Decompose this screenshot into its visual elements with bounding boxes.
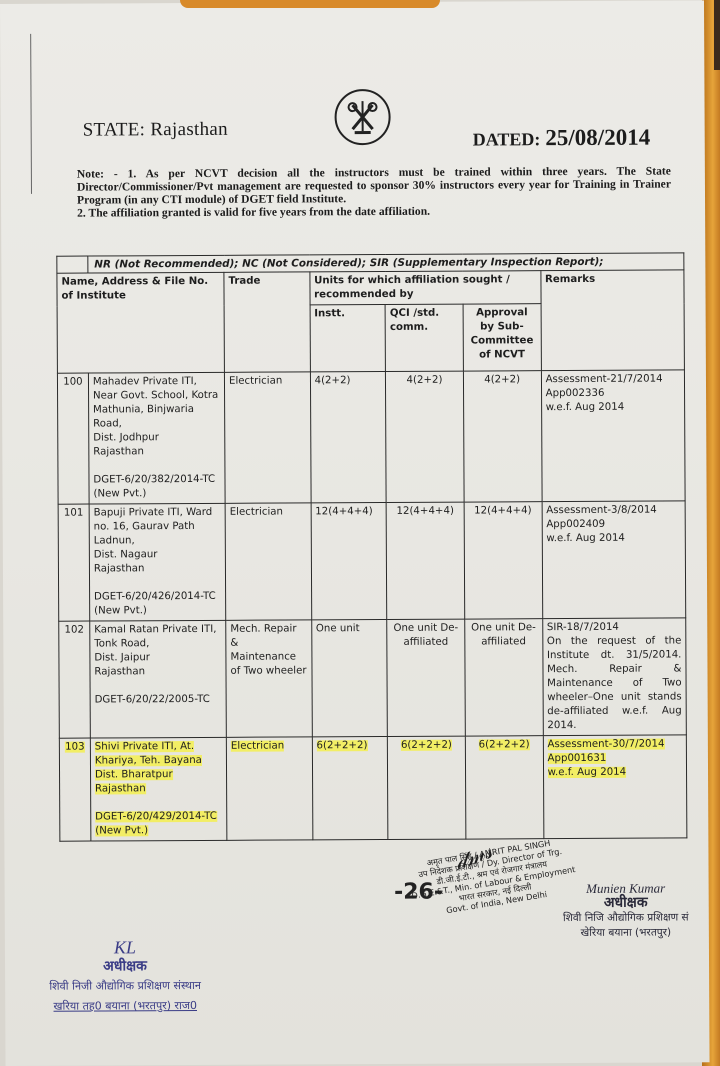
serial-number: 102 <box>59 621 91 738</box>
instt-cell: 6(2+2+2) <box>312 736 388 839</box>
note-1: Note: - 1. As per NCVT decision all the … <box>77 164 671 206</box>
file-number: DGET-6/20/429/2014-TC <box>95 811 217 823</box>
file-number: DGET-6/20/22/2005-TC <box>95 694 210 706</box>
dated-value: 25/08/2014 <box>545 125 650 151</box>
officer-signature-block: अमृत पाल सिंह / AMRIT PAL SINGHउप निदेशक… <box>402 846 713 948</box>
state-value: Rajasthan <box>150 119 228 140</box>
address-line: Mahadev Private ITI, <box>93 376 197 388</box>
remarks-cell: Assessment-3/8/2014App002409w.e.f. Aug 2… <box>542 501 686 619</box>
approval-cell: 6(2+2+2) <box>465 736 543 839</box>
trade-cell: Electrician <box>225 503 311 620</box>
address-line: Rajasthan <box>95 783 146 794</box>
serial-number: 103 <box>59 738 90 841</box>
left-title: अधीक्षक <box>5 956 245 977</box>
address-line: Dist. Jaipur <box>94 652 150 663</box>
remarks-cell: Assessment-30/7/2014App001631w.e.f. Aug … <box>543 735 687 839</box>
affiliation-table: NR (Not Recommended); NC (Not Considered… <box>56 252 687 841</box>
remark-line: App001631 <box>548 753 607 764</box>
note-2: 2. The affiliation granted is valid for … <box>77 203 671 219</box>
page-number: -26- <box>394 887 443 897</box>
address-line: Dist. Jodhpur <box>93 432 159 443</box>
address-line: no. 16, Gaurav Path <box>94 521 195 533</box>
remark-line: w.e.f. Aug 2014 <box>546 533 625 544</box>
trade-cell: Electrician <box>226 737 312 840</box>
institute-cell: Shivi Private ITI, At.Khariya, Teh. Baya… <box>90 737 227 841</box>
document-page: STATE: Rajasthan DATED: 25/08/2014 Note:… <box>0 0 710 1066</box>
superintendent-stamp-left: KL अधीक्षक शिवी निजी औद्योगिक प्रशिक्षण … <box>5 938 245 1017</box>
institute-type: (New Pvt.) <box>93 488 146 499</box>
address-line: Dist. Bharatpur <box>95 769 173 780</box>
approval-cell: 12(4+4+4) <box>464 502 542 619</box>
trade-cell: Electrician <box>224 372 310 503</box>
instt-cell: One unit <box>311 619 387 736</box>
table-row: 100 Mahadev Private ITI,Near Govt. Schoo… <box>57 370 685 504</box>
superintendent-stamp-right: Munien Kumar अधीक्षक शिवी निजि औद्योगिक … <box>521 880 720 941</box>
file-number: DGET-6/20/426/2014-TC <box>94 591 216 603</box>
qci-cell: 12(4+4+4) <box>386 502 464 619</box>
remark-line: Assessment-21/7/2014 <box>546 374 663 386</box>
table-body: 100 Mahadev Private ITI,Near Govt. Schoo… <box>57 370 686 841</box>
institute-cell: Bapuji Private ITI, Wardno. 16, Gaurav P… <box>89 503 226 621</box>
left-signature: KL <box>5 938 245 957</box>
address-line: Bapuji Private ITI, Ward <box>94 507 213 519</box>
address-line: Road, <box>93 418 122 429</box>
table-row: 103 Shivi Private ITI, At.Khariya, Teh. … <box>59 735 687 841</box>
state-label: STATE: <box>83 119 146 140</box>
address-line: Rajasthan <box>94 666 145 677</box>
qci-cell: 4(2+2) <box>386 371 464 502</box>
background-shadow <box>714 0 720 70</box>
approval-cell: One unit De-affiliated <box>465 619 543 736</box>
remark-line: On the request of the Institute dt. 31/5… <box>547 635 682 731</box>
header-trade: Trade <box>224 272 310 372</box>
right-org-line1: शिवी निजि औद्योगिक प्रशिक्षण सं <box>521 910 720 926</box>
address-line: Mathunia, Binjwaria <box>93 404 194 416</box>
remark-line: App002336 <box>546 388 605 399</box>
trade-cell: Mech. Repair & Maintenance of Two wheele… <box>226 620 312 737</box>
file-number: DGET-6/20/382/2014-TC <box>93 474 215 486</box>
approval-cell: 4(2+2) <box>463 371 541 502</box>
address-line: Rajasthan <box>94 563 145 574</box>
remark-line: SIR-18/7/2014 <box>547 622 619 633</box>
dated-label: DATED: <box>473 129 541 149</box>
institute-type: (New Pvt.) <box>95 825 148 836</box>
address-line: Near Govt. School, Kotra <box>93 390 218 402</box>
left-org-line2: खरिया तह0 बयाना (भरतपुर) राज0 <box>5 996 245 1017</box>
address-line: Ladnun, <box>94 535 135 546</box>
institute-cell: Mahadev Private ITI,Near Govt. School, K… <box>88 372 225 504</box>
remarks-cell: SIR-18/7/2014On the request of the Insti… <box>542 618 686 736</box>
address-line: Khariya, Teh. Bayana <box>95 755 202 767</box>
dated-heading: DATED: 25/08/2014 <box>473 125 651 152</box>
address-line: Shivi Private ITI, At. <box>95 741 194 753</box>
remark-line: App002409 <box>546 519 605 530</box>
header-instt: Instt. <box>310 304 386 371</box>
header-units: Units for which affiliation sought / rec… <box>310 271 541 305</box>
address-line: Tonk Road, <box>94 638 149 649</box>
address-line: Kamal Ratan Private ITI, <box>94 624 216 636</box>
serial-number: 101 <box>58 504 90 621</box>
qci-cell: One unit De-affiliated <box>387 619 465 736</box>
remark-line: w.e.f. Aug 2014 <box>548 767 627 778</box>
address-line: Dist. Nagaur <box>94 549 158 560</box>
state-heading: STATE: Rajasthan <box>83 119 228 142</box>
folder-tab <box>180 0 440 8</box>
left-org-line1: शिवी निजी औद्योगिक प्रशिक्षण संस्थान <box>5 976 245 997</box>
notes: Note: - 1. As per NCVT decision all the … <box>77 164 671 219</box>
header-remarks: Remarks <box>540 270 684 371</box>
serial-number: 100 <box>57 373 89 504</box>
right-title: अधीक्षक <box>521 895 720 911</box>
table-row: 101 Bapuji Private ITI, Wardno. 16, Gaur… <box>58 501 686 621</box>
remark-line: Assessment-3/8/2014 <box>546 505 657 517</box>
remark-line: Assessment-30/7/2014 <box>547 739 664 751</box>
instt-cell: 12(4+4+4) <box>311 502 387 619</box>
address-line: Rajasthan <box>93 446 144 457</box>
header-qci: QCI /std. comm. <box>385 304 463 371</box>
remarks-cell: Assessment-21/7/2014App002336w.e.f. Aug … <box>541 370 685 502</box>
institute-cell: Kamal Ratan Private ITI,Tonk Road,Dist. … <box>90 620 227 738</box>
qci-cell: 6(2+2+2) <box>388 736 466 839</box>
header-row: Name, Address & File No. of Institute Tr… <box>57 270 684 306</box>
remark-line: w.e.f. Aug 2014 <box>546 402 625 413</box>
institute-type: (New Pvt.) <box>94 605 147 616</box>
instt-cell: 4(2+2) <box>310 371 386 502</box>
right-org-line2: खेरिया बयाना (भरतपुर) <box>521 925 720 941</box>
header-name: Name, Address & File No. of Institute <box>57 272 225 373</box>
pen-mark <box>30 34 32 194</box>
dget-emblem-icon <box>334 89 390 145</box>
table-row: 102 Kamal Ratan Private ITI,Tonk Road,Di… <box>59 618 687 738</box>
header-approval: Approval by Sub-Committee of NCVT <box>463 304 541 371</box>
